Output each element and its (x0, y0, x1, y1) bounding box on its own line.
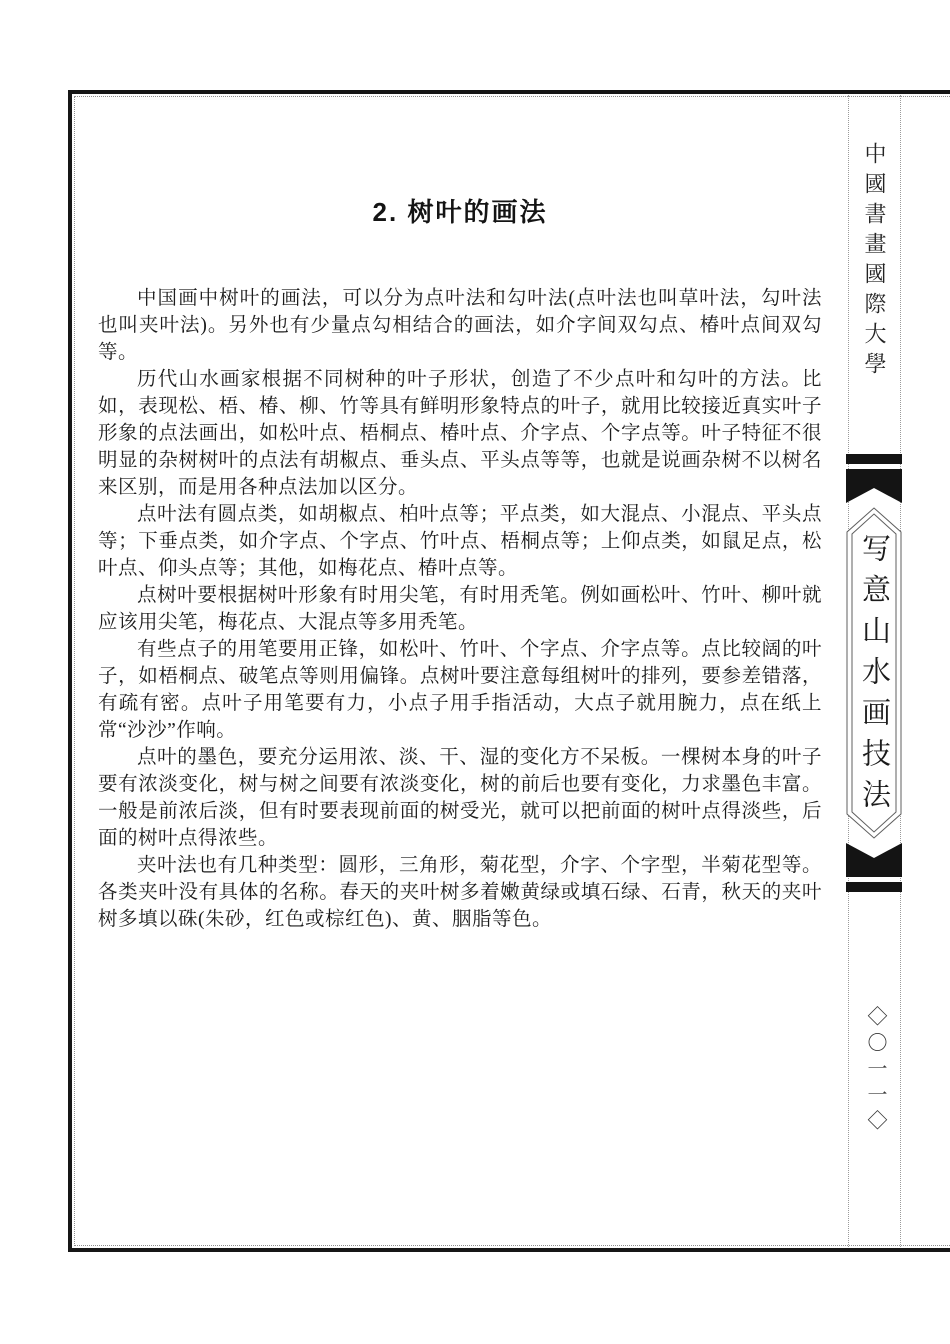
paragraph: 点叶法有圆点类，如胡椒点、柏叶点等；平点类，如大混点、小混点、平头点等；下垂点类… (98, 501, 822, 582)
section-title: 2. 树叶的画法 (98, 192, 822, 229)
body-paragraphs: 中国画中树叶的画法，可以分为点叶法和勾叶法(点叶法也叫草叶法，勾叶法也叫夹叶法)… (98, 285, 822, 933)
cartouche-top-ribbon (846, 469, 902, 503)
main-text-block: 2. 树叶的画法 中国画中树叶的画法，可以分为点叶法和勾叶法(点叶法也叫草叶法，… (98, 192, 822, 933)
paragraph: 历代山水画家根据不同树种的叶子形状，创造了不少点叶和勾叶的方法。比如，表现松、梧… (98, 366, 822, 501)
paragraph: 有些点子的用笔要用正锋，如松叶、竹叶、个字点、介字点等。点比较阔的叶子，如梧桐点… (98, 636, 822, 744)
paragraph: 点叶的墨色，要充分运用浓、淡、干、湿的变化方不呆板。一棵树本身的叶子要有浓淡变化… (98, 744, 822, 852)
sidebar-institution-title: 中國書畫國際大學 (862, 142, 886, 382)
cartouche-hexagon-box: 写意山水画技法 (846, 507, 902, 839)
cartouche-bottom-ribbon (846, 843, 902, 877)
page-number: ◇〇一一◇ (862, 1006, 888, 1136)
paragraph: 夹叶法也有几种类型：圆形，三角形，菊花型，介字、个字型，半菊花型等。各类夹叶没有… (98, 852, 822, 933)
paragraph: 中国画中树叶的画法，可以分为点叶法和勾叶法(点叶法也叫草叶法，勾叶法也叫夹叶法)… (98, 285, 822, 366)
series-title: 写意山水画技法 (859, 533, 889, 820)
cartouche-top-bar (846, 454, 902, 464)
cartouche-bottom-bar (846, 882, 902, 892)
paragraph: 点树叶要根据树叶形象有时用尖笔，有时用秃笔。例如画松叶、竹叶、柳叶就应该用尖笔，… (98, 582, 822, 636)
series-title-cartouche: 写意山水画技法 (846, 454, 902, 892)
book-page: 2. 树叶的画法 中国画中树叶的画法，可以分为点叶法和勾叶法(点叶法也叫草叶法，… (0, 0, 950, 1344)
